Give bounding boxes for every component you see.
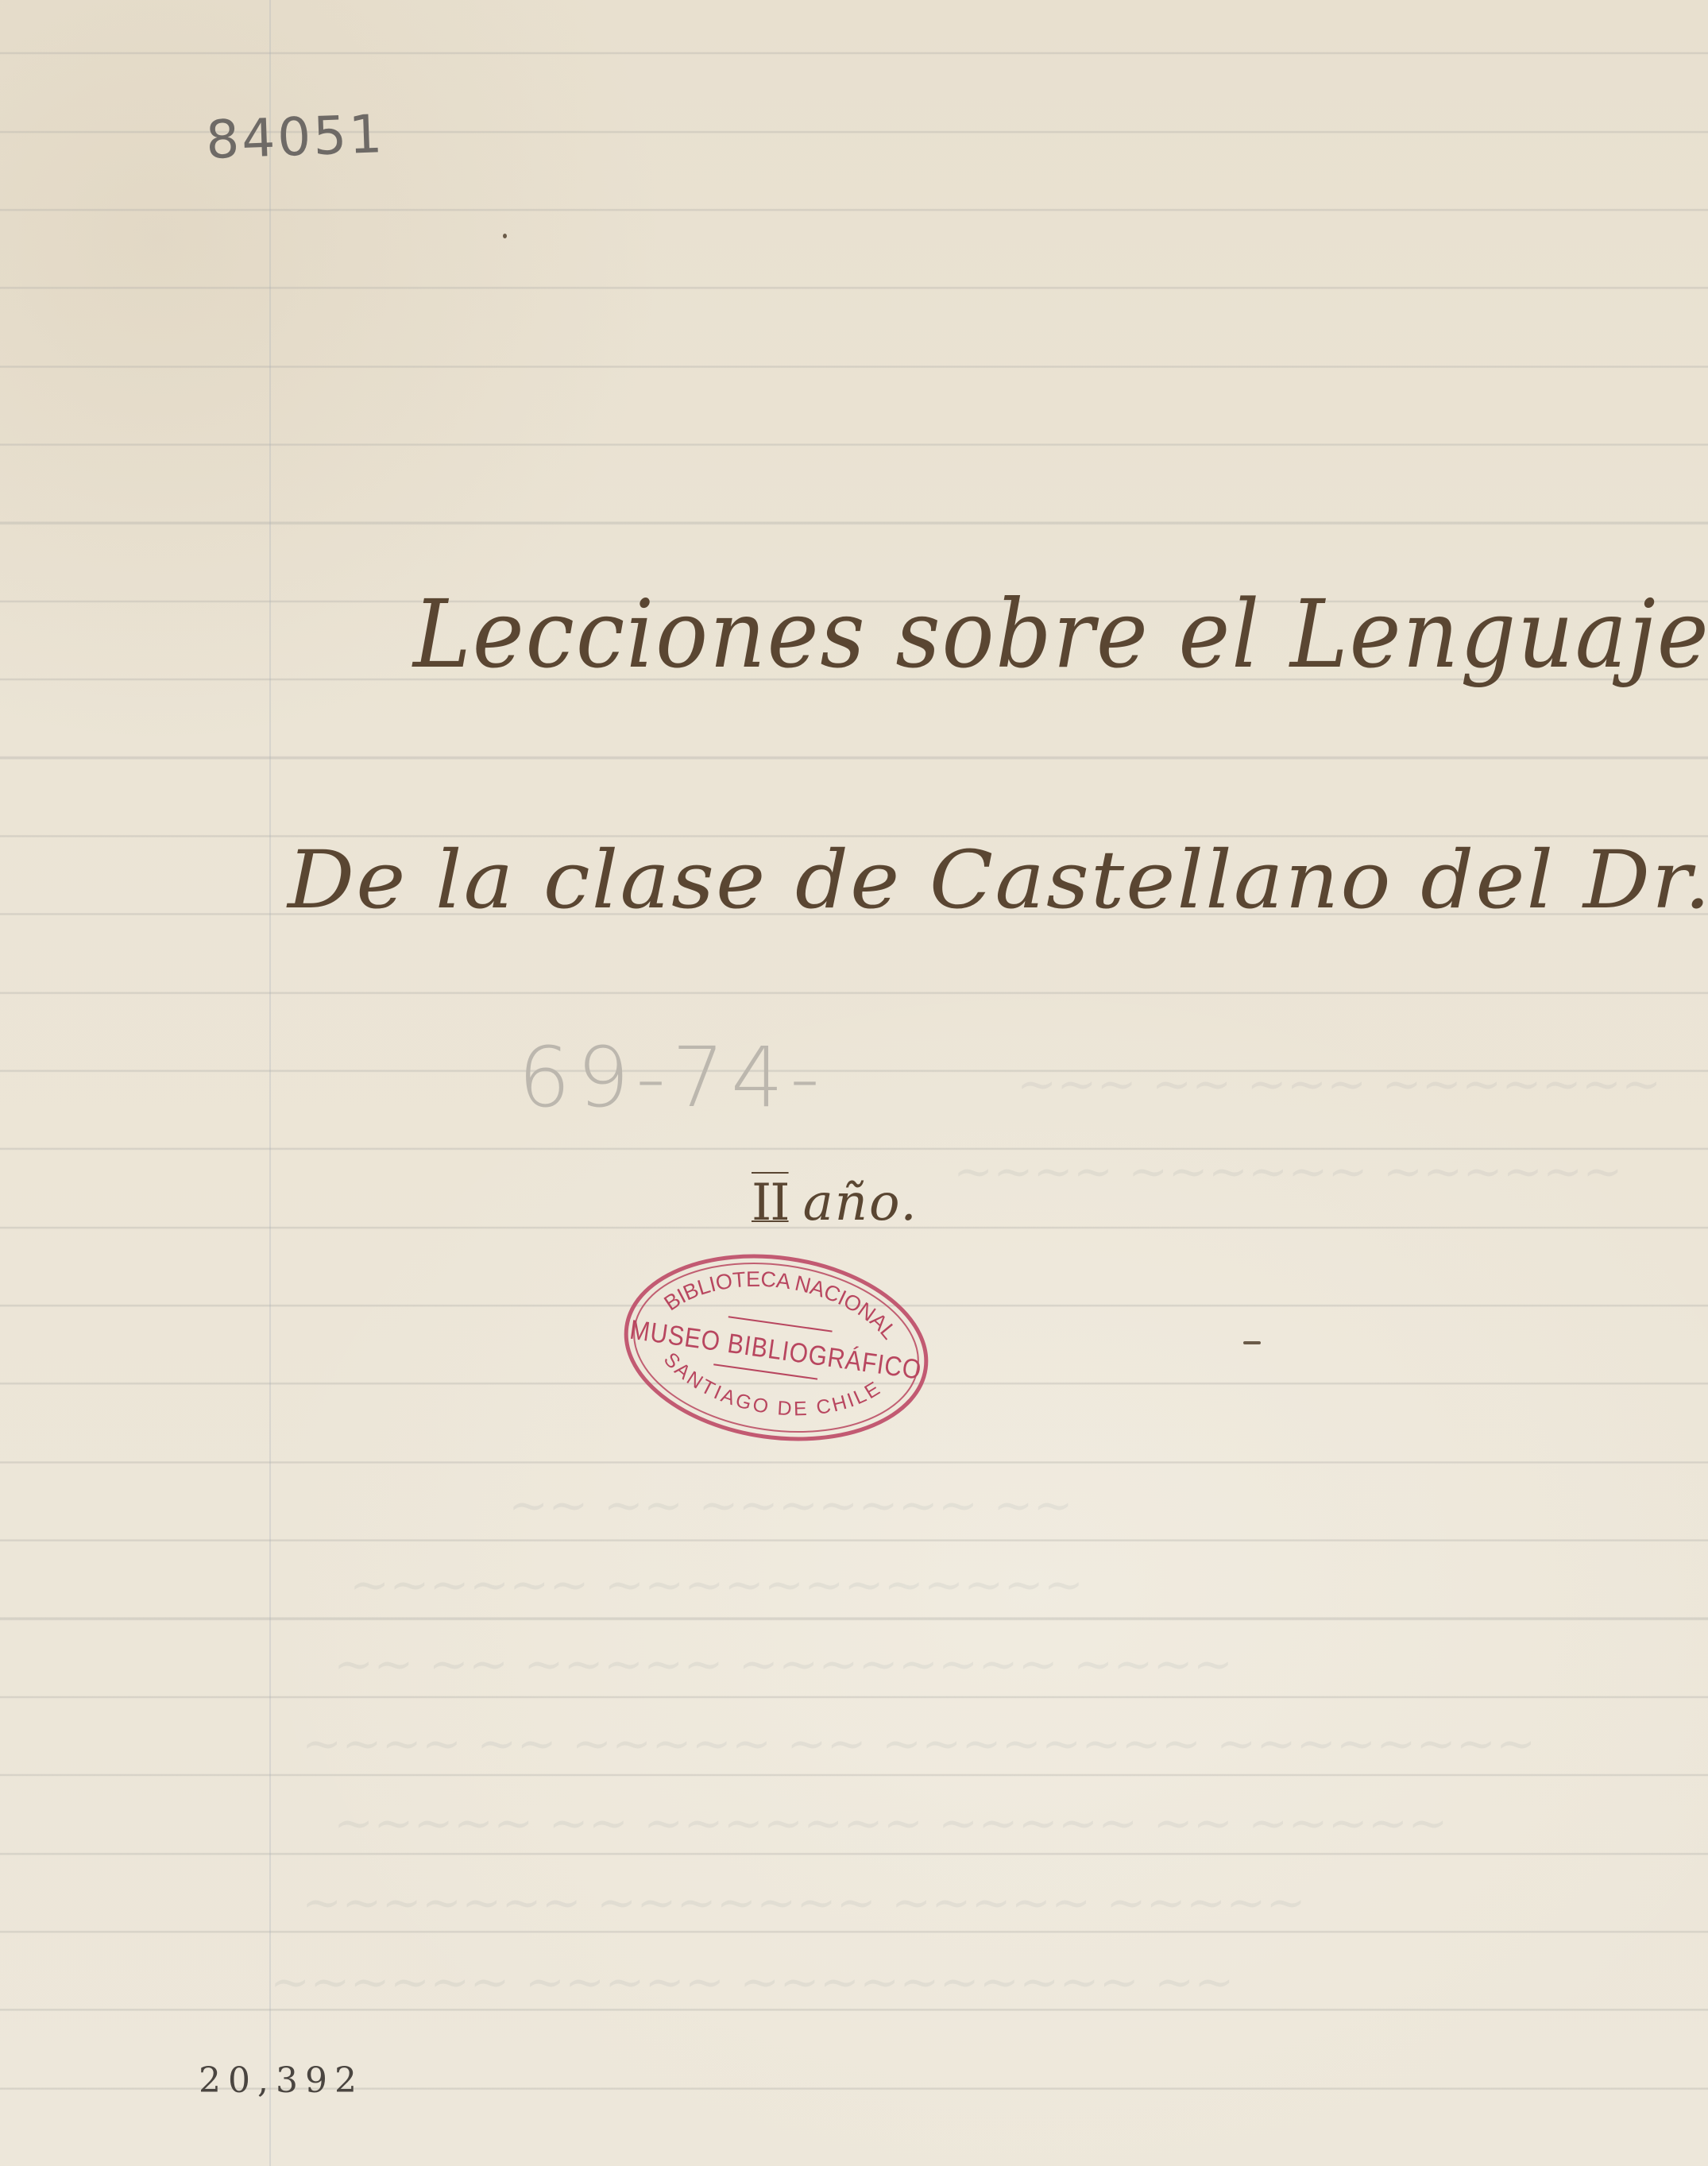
bleed-through-text: ~~~~ ~~~~~~ ~~~~~~ [953,1144,1623,1200]
bleed-through-text: ~~~~~ ~~ ~~~~~~~ ~~~~~ ~~ ~~~~~ [334,1796,1447,1851]
ink-speck [503,234,507,238]
library-stamp: BIBLIOTECA NACIONAL MUSEO BIBLIOGRÁFICO … [609,1233,942,1462]
shelf-note-pencil: 69-74- [518,1030,826,1125]
stamp-graphic: BIBLIOTECA NACIONAL MUSEO BIBLIOGRÁFICO … [609,1233,942,1462]
accession-number-pencil: 84051 [205,105,385,170]
year-label: IIaño. [752,1174,918,1232]
ruled-lines [0,0,1708,2166]
year-word: año. [803,1174,918,1232]
bleed-through-text: ~~ ~~ ~~~~~ ~~~~~~~~ ~~~~ [334,1637,1233,1692]
printed-inventory-number: 20,392 [199,2063,364,2099]
manuscript-page: ~~~ ~~ ~~~ ~~~~~~~ ~~~~ ~~~~~~ ~~~~~~ ~~… [0,0,1708,2166]
bleed-through-text: ~~~~~~ ~~~~~~~~~~~~ [350,1557,1084,1613]
ink-speck [1243,1341,1261,1344]
bleed-through-text: ~~ ~~ ~~~~~~~ ~~ [508,1478,1073,1534]
subtitle-class-attribution: De la clase de Castellano del Dr. Lenz. [288,833,1708,928]
bleed-through-text: ~~~ ~~ ~~~ ~~~~~~~ [1017,1057,1661,1112]
margin-line [269,0,271,2166]
year-roman-numeral: II [752,1174,789,1232]
bleed-through-text: ~~~~~~~ ~~~~~~~ ~~~~~ ~~~~~ [302,1875,1306,1931]
title-heading: Lecciones sobre el Lenguaje. [413,578,1708,690]
bleed-through-text: ~~~~~~ ~~~~~ ~~~~~~~~~~ ~~ [270,1955,1235,2010]
bleed-through-text: ~~~~ ~~ ~~~~~ ~~ ~~~~~~~~ ~~~~~~~~ [302,1716,1536,1772]
